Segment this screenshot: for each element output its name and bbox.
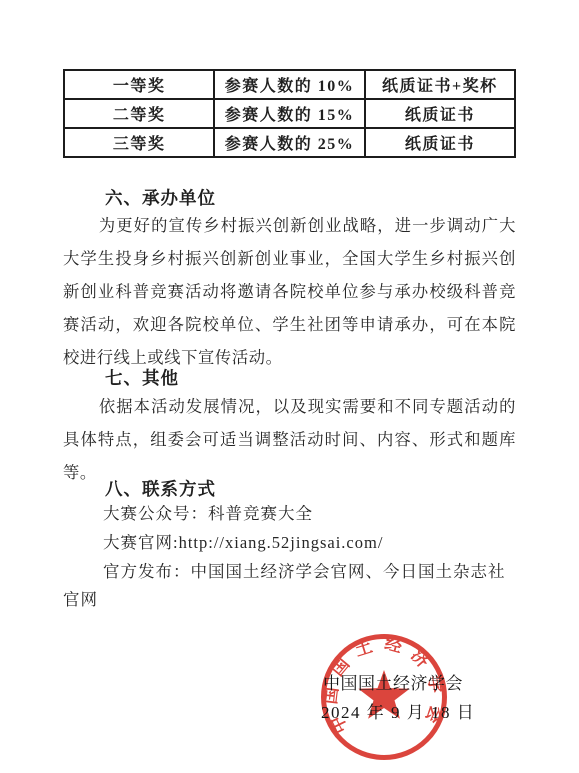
award-prize-cell: 纸质证书 [365, 128, 515, 157]
award-quota-cell: 参赛人数的 25% [214, 128, 364, 157]
award-level-cell: 二等奖 [64, 99, 214, 128]
section-heading-other: 七、其他 [63, 368, 516, 388]
award-prize-cell: 纸质证书+奖杯 [365, 70, 515, 99]
award-level-cell: 一等奖 [64, 70, 214, 99]
contact-block: 大赛公众号：科普竞赛大全 大赛官网:http://xiang.52jingsai… [63, 500, 516, 615]
contact-line-publisher: 官方发布：中国国土经济学会官网、今日国土杂志社官网 [63, 558, 516, 616]
section-heading-contact: 八、联系方式 [63, 479, 516, 499]
other-paragraph: 依据本活动发展情况，以及现实需要和不同专题活动的具体特点，组委会可适当调整活动时… [63, 390, 516, 489]
table-row: 一等奖 参赛人数的 10% 纸质证书+奖杯 [64, 70, 515, 99]
document-page: 一等奖 参赛人数的 10% 纸质证书+奖杯 二等奖 参赛人数的 15% 纸质证书… [0, 0, 579, 773]
organizer-paragraph: 为更好的宣传乡村振兴创新创业战略，进一步调动广大大学生投身乡村振兴创新创业事业，… [63, 209, 516, 374]
section-heading-organizer: 六、承办单位 [63, 188, 516, 208]
signature-organization: 中国国土经济学会 [323, 669, 463, 694]
award-quota-cell: 参赛人数的 15% [214, 99, 364, 128]
awards-table: 一等奖 参赛人数的 10% 纸质证书+奖杯 二等奖 参赛人数的 15% 纸质证书… [63, 69, 516, 158]
award-prize-cell: 纸质证书 [365, 99, 515, 128]
signature-date: 2024 年 9 月 18 日 [321, 698, 475, 723]
table-row: 三等奖 参赛人数的 25% 纸质证书 [64, 128, 515, 157]
award-quota-cell: 参赛人数的 10% [214, 70, 364, 99]
contact-line-wechat: 大赛公众号：科普竞赛大全 [63, 500, 516, 529]
table-row: 二等奖 参赛人数的 15% 纸质证书 [64, 99, 515, 128]
contact-line-website: 大赛官网:http://xiang.52jingsai.com/ [63, 529, 516, 558]
award-level-cell: 三等奖 [64, 128, 214, 157]
